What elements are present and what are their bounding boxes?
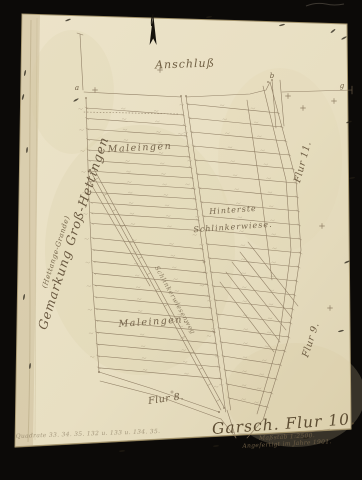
survey-point-g: g bbox=[340, 82, 344, 90]
scanned-map-page: Anschluß Gemarkung Groß-Hettingen (Hetta… bbox=[0, 0, 362, 480]
gemarkung-title: Gemarkung Groß-Hettingen bbox=[35, 135, 112, 332]
flur-9-label: Flur 9. bbox=[300, 321, 322, 359]
field-label-maleingen-lower: Maleingen. bbox=[118, 314, 188, 330]
field-label-maleingen-upper: Maleingen bbox=[107, 141, 172, 155]
quadrate-footnote: Quadrate 33. 34. 35. 132 u. 133 u. 134. … bbox=[16, 428, 161, 440]
flur-8-label: Flur 8. bbox=[147, 391, 184, 407]
flur-11-label: Flur 11. bbox=[292, 140, 314, 184]
map-labels: Anschluß Gemarkung Groß-Hettingen (Hetta… bbox=[0, 0, 362, 480]
survey-point-b: b bbox=[270, 72, 274, 80]
field-label-hinterste: Hinterste bbox=[209, 204, 257, 216]
survey-point-a: a bbox=[75, 84, 79, 92]
field-label-schlinkerwiese: Schlinkerwiese. bbox=[193, 220, 273, 235]
anschluss-label: Anschluß bbox=[155, 56, 215, 71]
map-date: Angefertigt im Jahre 1901. bbox=[242, 438, 332, 450]
